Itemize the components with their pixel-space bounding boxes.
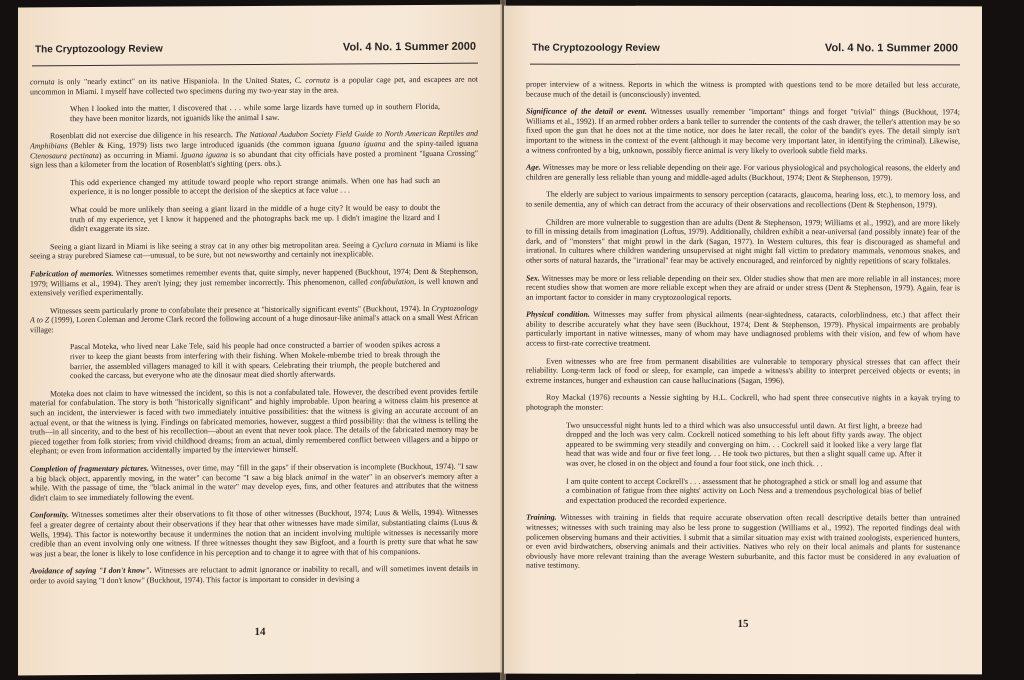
paragraph: Age. Witnesses may be more or less relia… — [526, 163, 960, 183]
running-head: The Cryptozoology Review Vol. 4 No. 1 Su… — [35, 41, 476, 56]
paragraph: Witnesses seem particularly prone to con… — [30, 303, 478, 335]
italic-text: confabulation — [370, 277, 414, 286]
paragraph: Even witnesses who are free from permane… — [526, 356, 960, 386]
running-head: The Cryptozoology Review Vol. 4 No. 1 Su… — [532, 42, 958, 55]
italic-text: cornuta — [30, 77, 55, 86]
section-run-in-heading: Completion of fragmentary pictures. — [30, 464, 149, 474]
italic-text: animal — [306, 472, 328, 481]
header-rule — [32, 63, 478, 67]
paragraph: Rosenblatt did not exercise due diligenc… — [30, 129, 478, 170]
page-number: 14 — [18, 625, 502, 640]
section-run-in-heading: Significance of the detail or event. — [526, 107, 647, 116]
paragraph: proper interview of a witness. Reports i… — [526, 80, 960, 100]
paragraph: Conformity. Witnesses sometimes alter th… — [30, 508, 478, 559]
publication-title: The Cryptozoology Review — [35, 44, 163, 56]
section-run-in-heading: Fabrication of memories. — [30, 269, 114, 279]
italic-text: C. cornuta — [295, 76, 330, 85]
publication-title: The Cryptozoology Review — [532, 43, 660, 54]
block-quote: I am quite content to accept Cockrell's … — [566, 476, 922, 505]
block-quote: Pascal Moteka, who lived near Lake Tele,… — [70, 340, 440, 381]
italic-text: Ctenosaura pectinata — [30, 151, 99, 160]
left-page: The Cryptozoology Review Vol. 4 No. 1 Su… — [18, 5, 502, 676]
paragraph: Fabrication of memories. Witnesses somet… — [30, 267, 478, 299]
page-body: cornuta is only "nearly extinct" on its … — [30, 75, 478, 594]
issue-info: Vol. 4 No. 1 Summer 2000 — [343, 41, 476, 54]
paragraph: Seeing a giant lizard in Miami is like s… — [30, 239, 478, 261]
right-page: The Cryptozoology Review Vol. 4 No. 1 Su… — [504, 6, 982, 675]
page-number: 15 — [504, 618, 982, 631]
page-body: proper interview of a witness. Reports i… — [526, 80, 960, 580]
paragraph: Significance of the detail or event. Wit… — [526, 107, 960, 156]
italic-text: Cyclura cornuta — [372, 240, 424, 249]
section-run-in-heading: Training. — [526, 513, 557, 522]
paragraph: Training. Witnesses with training in fie… — [526, 513, 960, 571]
paragraph: Children are more vulnerable to suggesti… — [526, 217, 960, 266]
block-quote: This odd experience changed my attitude … — [70, 176, 440, 197]
section-run-in-heading: Sex. — [526, 273, 540, 282]
block-quote: What could be more unlikely than seeing … — [70, 203, 440, 234]
section-run-in-heading: Age. — [526, 163, 541, 172]
section-run-in-heading: Physical condition. — [526, 310, 590, 319]
paragraph: Roy Mackal (1976) recounts a Nessie sigh… — [526, 393, 960, 413]
section-run-in-heading: Conformity. — [30, 511, 69, 520]
section-run-in-heading: Avoidance of saying "I don't know". — [30, 566, 152, 576]
paragraph: cornuta is only "nearly extinct" on its … — [30, 75, 478, 97]
header-rule — [530, 64, 960, 66]
open-magazine-spread: The Cryptozoology Review Vol. 4 No. 1 Su… — [0, 0, 1024, 680]
paragraph: Physical condition. Witnesses may suffer… — [526, 310, 960, 349]
paragraph: Avoidance of saying "I don't know". Witn… — [30, 564, 478, 586]
block-quote: When I looked into the matter, I discove… — [70, 102, 440, 123]
paragraph: The elderly are subject to various impai… — [526, 190, 960, 210]
italic-text: The National Audubon Society Field Guide… — [30, 129, 478, 150]
italic-text: Iguana iguana — [181, 150, 228, 159]
paragraph: Sex. Witnesses may be more or less relia… — [526, 273, 960, 303]
issue-info: Vol. 4 No. 1 Summer 2000 — [825, 42, 958, 54]
italic-text: Iguana iguana — [338, 139, 386, 148]
paragraph: Moteka does not claim to have witnessed … — [30, 387, 478, 457]
paragraph: Completion of fragmentary pictures. Witn… — [30, 462, 478, 503]
block-quote: Two unsuccessful night hunts led to a th… — [566, 420, 922, 469]
italic-text: Cryptozoology A to Z — [30, 303, 478, 324]
